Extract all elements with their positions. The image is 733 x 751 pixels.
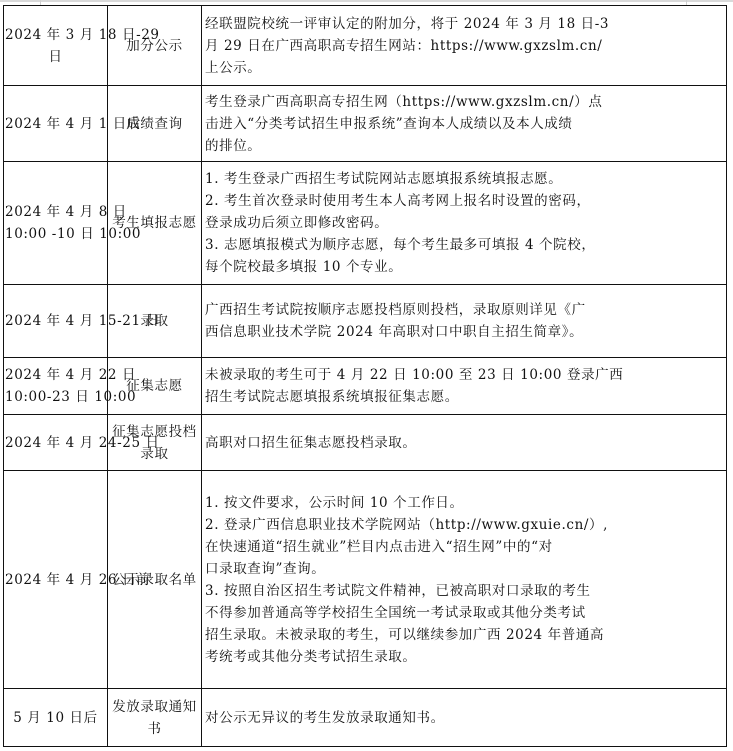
date-line: 2024 年 4 月 15-21 日	[5, 310, 106, 332]
description-cell: 广西招生考试院按顺序志愿投档原则投档，录取原则详见《广 西信息职业技术学院 20…	[202, 285, 727, 358]
description-line: 口录取查询”查询。	[205, 558, 723, 580]
item-cell: 考生填报志愿	[108, 162, 202, 285]
date-cell: 5 月 10 日后	[4, 689, 108, 747]
table-row: 2024 年 4 月 24-25 日 征集志愿投档录取 高职对口招生征集志愿投档…	[4, 415, 727, 471]
description-line: 月 29 日在广西高职高专招生网站：https://www.gxzslm.cn/	[205, 35, 723, 57]
date-line: 2024 年 4 月 1 日后	[5, 113, 106, 135]
description-line: 3. 按照自治区招生考试院文件精神，已被高职对口录取的考生	[205, 580, 723, 602]
admission-schedule-table: 2024 年 3 月 18 日-29 日 加分公示 经联盟院校统一评审认定的附加…	[3, 5, 727, 747]
table-row: 2024 年 3 月 18 日-29 日 加分公示 经联盟院校统一评审认定的附加…	[4, 6, 727, 86]
description-line: 西信息职业技术学院 2024 年高职对口中职自主招生简章》。	[205, 321, 723, 343]
date-line: 2024 年 3 月 18 日-29	[5, 24, 106, 46]
date-line: 2024 年 4 月 8 日	[5, 201, 106, 223]
table-row: 2024 年 4 月 8 日 10:00 -10 日 10:00 考生填报志愿 …	[4, 162, 727, 285]
date-cell: 2024 年 4 月 26 日前	[4, 471, 108, 689]
description-cell: 1. 考生登录广西招生考试院网站志愿填报系统填报志愿。 2. 考生首次登录时使用…	[202, 162, 727, 285]
description-line: 经联盟院校统一评审认定的附加分，将于 2024 年 3 月 18 日-3	[205, 13, 723, 35]
date-line: 10:00-23 日 10:00	[5, 386, 106, 408]
table-row: 2024 年 4 月 22 日 10:00-23 日 10:00 征集志愿 未被…	[4, 358, 727, 415]
date-line: 日	[5, 46, 106, 68]
description-line: 高职对口招生征集志愿投档录取。	[205, 432, 723, 454]
date-cell: 2024 年 3 月 18 日-29 日	[4, 6, 108, 86]
date-line: 2024 年 4 月 22 日	[5, 364, 106, 386]
description-line: 每个院校最多填报 10 个专业。	[205, 256, 723, 278]
page-top-border	[0, 0, 733, 2]
date-cell: 2024 年 4 月 22 日 10:00-23 日 10:00	[4, 358, 108, 415]
description-cell: 1. 按文件要求，公示时间 10 个工作日。 2. 登录广西信息职业技术学院网站…	[202, 471, 727, 689]
table-row: 2024 年 4 月 15-21 日 录取 广西招生考试院按顺序志愿投档原则投档…	[4, 285, 727, 358]
description-line: 不得参加普通高等学校招生全国统一考试录取或其他分类考试	[205, 602, 723, 624]
date-line: 10:00 -10 日 10:00	[5, 223, 106, 245]
table-row: 5 月 10 日后 发放录取通知书 对公示无异议的考生发放录取通知书。	[4, 689, 727, 747]
description-line: 考统考或其他分类考试招生录取。	[205, 646, 723, 668]
item-cell: 发放录取通知书	[108, 689, 202, 747]
description-cell: 未被录取的考生可于 4 月 22 日 10:00 至 23 日 10:00 登录…	[202, 358, 727, 415]
description-line: 对公示无异议的考生发放录取通知书。	[205, 707, 723, 729]
date-cell: 2024 年 4 月 8 日 10:00 -10 日 10:00	[4, 162, 108, 285]
date-line: 2024 年 4 月 26 日前	[5, 569, 106, 591]
description-line: 2. 考生首次登录时使用考生本人高考网上报名时设置的密码，	[205, 190, 723, 212]
date-cell: 2024 年 4 月 15-21 日	[4, 285, 108, 358]
description-line: 招生录取。未被录取的考生，可以继续参加广西 2024 年普通高	[205, 624, 723, 646]
description-cell: 考生登录广西高职高专招生网（https://www.gxzslm.cn/）点 击…	[202, 86, 727, 162]
description-line: 击进入“分类考试招生申报系统”查询本人成绩以及本人成绩	[205, 113, 723, 135]
item-cell: 加分公示	[108, 6, 202, 86]
description-line: 登录成功后须立即修改密码。	[205, 212, 723, 234]
description-line: 上公示。	[205, 57, 723, 79]
description-line: 的排位。	[205, 135, 723, 157]
date-cell: 2024 年 4 月 24-25 日	[4, 415, 108, 471]
description-line: 1. 按文件要求，公示时间 10 个工作日。	[205, 492, 723, 514]
description-line: 广西招生考试院按顺序志愿投档原则投档，录取原则详见《广	[205, 299, 723, 321]
description-line: 1. 考生登录广西招生考试院网站志愿填报系统填报志愿。	[205, 168, 723, 190]
description-cell: 高职对口招生征集志愿投档录取。	[202, 415, 727, 471]
description-line: 未被录取的考生可于 4 月 22 日 10:00 至 23 日 10:00 登录…	[205, 364, 723, 386]
description-line: 在快速通道“招生就业”栏目内点击进入“招生网”中的“对	[205, 536, 723, 558]
date-line: 5 月 10 日后	[5, 707, 106, 729]
description-cell: 经联盟院校统一评审认定的附加分，将于 2024 年 3 月 18 日-3 月 2…	[202, 6, 727, 86]
date-line: 2024 年 4 月 24-25 日	[5, 432, 106, 454]
description-line: 3. 志愿填报模式为顺序志愿，每个考生最多可填报 4 个院校，	[205, 234, 723, 256]
date-cell: 2024 年 4 月 1 日后	[4, 86, 108, 162]
table-row: 2024 年 4 月 26 日前 公示录取名单 1. 按文件要求，公示时间 10…	[4, 471, 727, 689]
description-line: 招生考试院志愿填报系统填报征集志愿。	[205, 386, 723, 408]
table-row: 2024 年 4 月 1 日后 成绩查询 考生登录广西高职高专招生网（https…	[4, 86, 727, 162]
item-cell: 公示录取名单	[108, 471, 202, 689]
description-line: 2. 登录广西信息职业技术学院网站（http://www.gxuie.cn/）,	[205, 514, 723, 536]
description-cell: 对公示无异议的考生发放录取通知书。	[202, 689, 727, 747]
description-line: 考生登录广西高职高专招生网（https://www.gxzslm.cn/）点	[205, 91, 723, 113]
